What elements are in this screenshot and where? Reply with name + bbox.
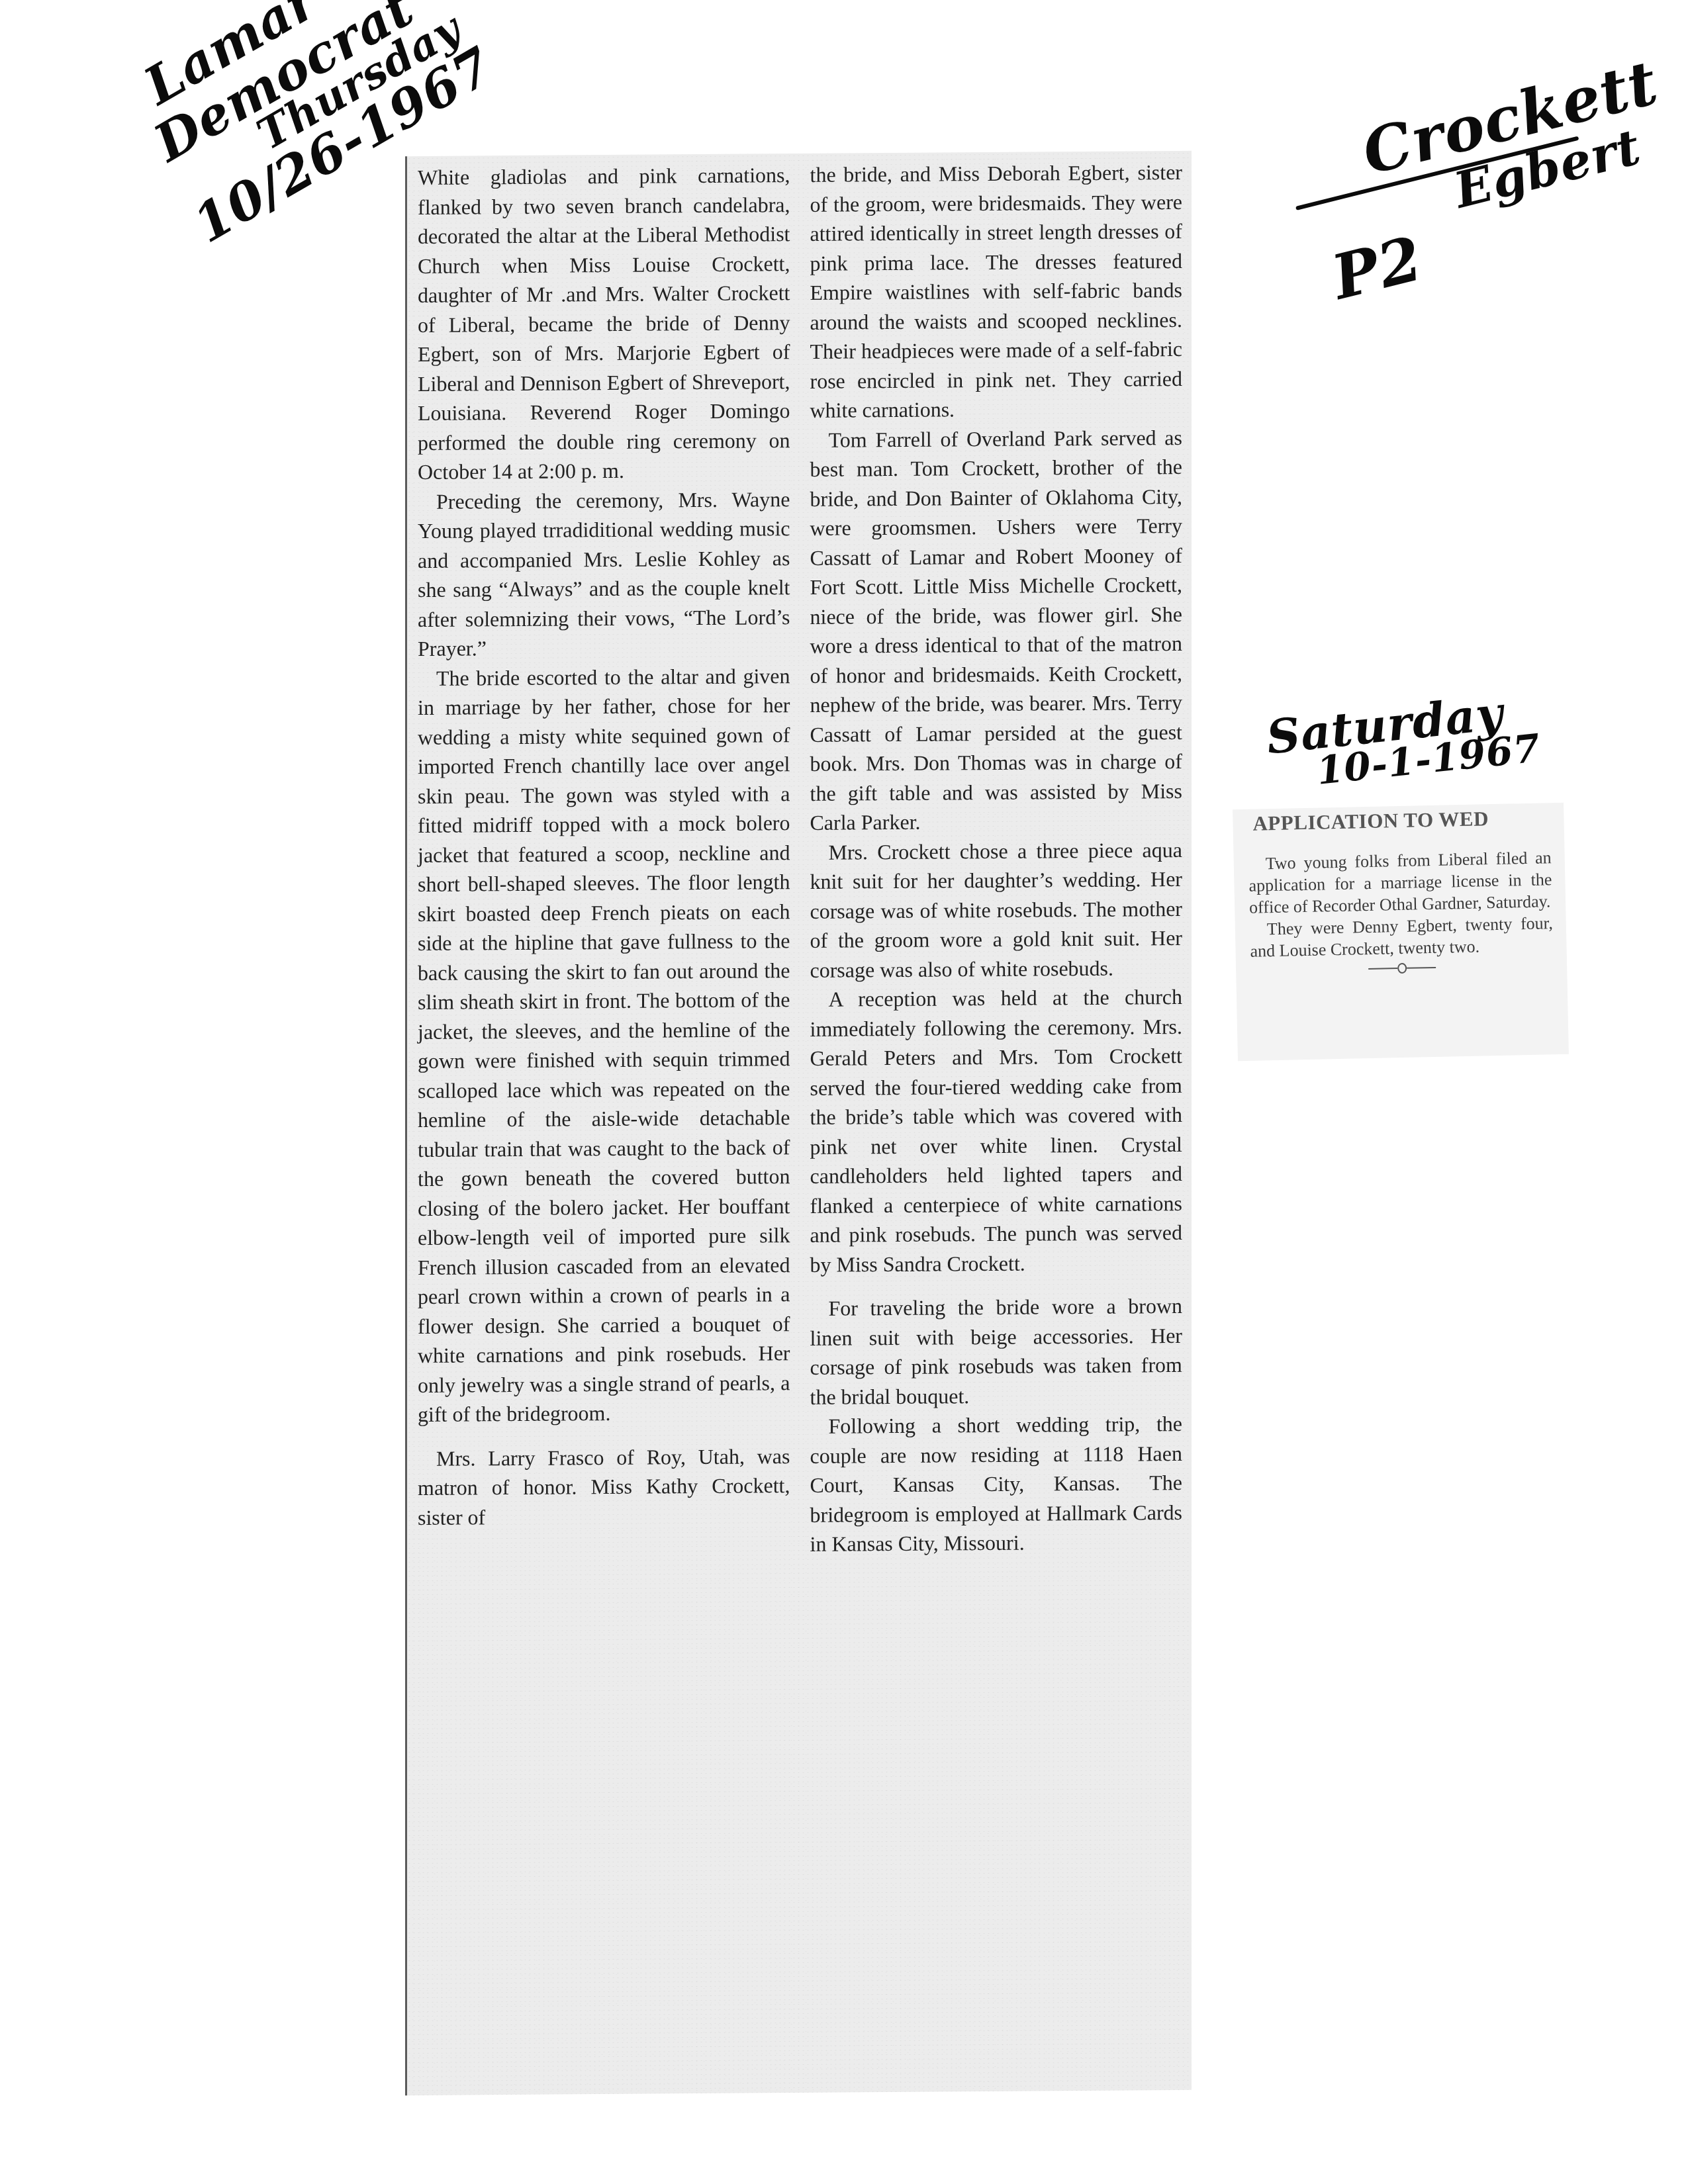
wedding-announcement-clipping: White gladiolas and pink carnations, fla…	[405, 151, 1192, 2095]
end-mark-circle-icon	[1397, 963, 1407, 974]
article-paragraph: The bride escorted to the altar and give…	[418, 661, 790, 1430]
article-paragraph: Preceding the ceremony, Mrs. Wayne Young…	[418, 484, 790, 664]
application-to-wed-clipping: APPLICATION TO WED Two young folks from …	[1233, 803, 1569, 1061]
article-paragraph: Mrs. Crockett chose a three piece aqua k…	[810, 835, 1183, 984]
article-paragraph: A reception was held at the church immed…	[810, 982, 1183, 1279]
article-column-left: White gladiolas and pink carnations, fla…	[418, 160, 790, 2095]
end-of-article-mark	[1250, 960, 1554, 977]
article-paragraph: White gladiolas and pink carnations, fla…	[418, 160, 790, 486]
handwritten-names-note: Crockett Egbert P2	[1297, 45, 1688, 308]
article-paragraph: For traveling the bride wore a brown lin…	[810, 1291, 1183, 1412]
article-paragraph: Mrs. Larry Frasco of Roy, Utah, was matr…	[418, 1441, 790, 1532]
article-paragraph: the bride, and Miss Deborah Egbert, sist…	[810, 158, 1183, 425]
article-paragraph: Tom Farrell of Overland Park served as b…	[810, 422, 1183, 837]
handwritten-application-date-note: Saturday 10-1-1967	[1264, 686, 1542, 795]
end-mark-dash-icon	[1407, 967, 1436, 969]
clipping-body: Two young folks from Liberal filed an ap…	[1248, 846, 1553, 962]
clipping-headline: APPLICATION TO WED	[1252, 805, 1551, 835]
article-paragraph: Following a short wedding trip, the coup…	[810, 1409, 1183, 1559]
end-mark-dash-icon	[1368, 968, 1397, 970]
clipping-paragraph: Two young folks from Liberal filed an ap…	[1248, 846, 1552, 919]
article-column-right: the bride, and Miss Deborah Egbert, sist…	[810, 158, 1183, 2093]
clipping-paragraph: They were Denny Egbert, twenty four, and…	[1250, 912, 1554, 962]
